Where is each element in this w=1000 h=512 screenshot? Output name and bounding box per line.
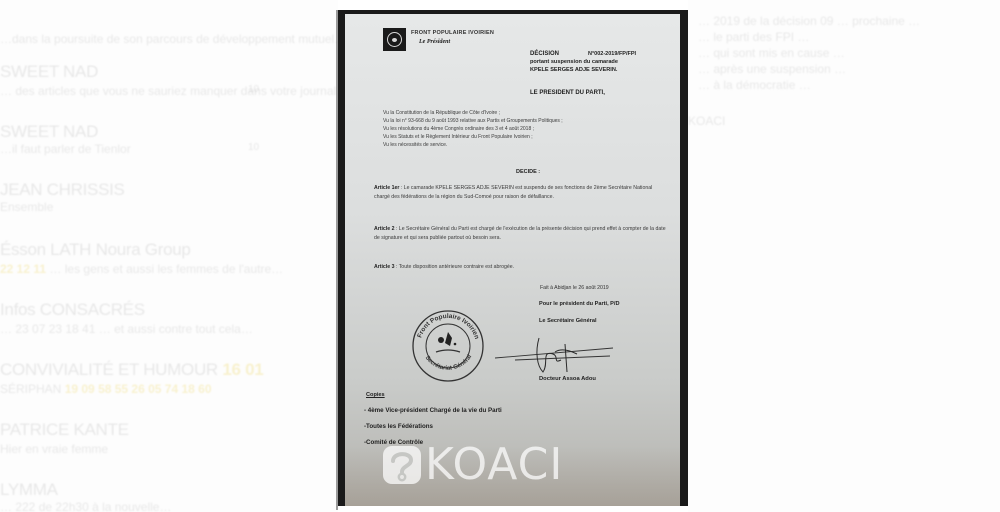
bg-highlight: 19 09 58 55 26 05 74 18 60 [65, 382, 212, 396]
bg-left-subtitle: 22 12 11 … les gens et aussi les femmes … [0, 262, 283, 276]
bg-right-line: … le parti des FPI … [698, 30, 809, 44]
article-label: Article 3 [374, 264, 394, 270]
bg-highlight: 16 01 [222, 360, 263, 379]
secretary-title: Le Secrétaire Général [539, 318, 597, 324]
president-heading: LE PRESIDENT DU PARTI, [530, 90, 605, 96]
decision-number: N°002-2019/FP/FPI [588, 51, 636, 57]
photo-bottom-margin [338, 506, 688, 512]
official-stamp-icon: Front Populaire Ivoirien Secrétariat Gén… [408, 306, 488, 386]
bg-left-title: Infos CONSACRÉS [0, 300, 145, 320]
signature-icon [495, 336, 615, 376]
koaci-logo-icon [383, 446, 421, 484]
document-paper: FRONT POPULAIRE IVOIRIEN Le Président DÉ… [345, 14, 680, 506]
background-left-panel: …dans la poursuite de son parcours de dé… [0, 0, 338, 512]
bg-left-subtitle: … des articles que vous ne sauriez manqu… [0, 84, 338, 98]
decision-subject: portant suspension du camarade [530, 59, 618, 65]
signatory-name: Docteur Assoa Adou [539, 376, 596, 382]
background-right-panel: … 2019 de la décision 09 … prochaine … …… [688, 0, 1000, 512]
bg-text: SÉRIPHAN [0, 382, 61, 396]
koaci-brand-text: KOACI [425, 445, 563, 485]
article-label: Article 2 [374, 226, 394, 232]
article-2: Article 2 : Le Secrétaire Général du Par… [374, 225, 669, 243]
svg-text:Secrétariat Général: Secrétariat Général [424, 354, 474, 372]
bg-left-title: PATRICE KANTE [0, 420, 129, 440]
bg-right-line: … après une suspension … [698, 62, 846, 76]
koaci-watermark: KOACI [383, 445, 563, 485]
bg-left-subtitle: …il faut parler de Tienlor [0, 142, 131, 156]
article-3: Article 3 : Toute disposition antérieure… [374, 263, 669, 272]
org-subtitle: Le Président [419, 39, 450, 45]
for-president: Pour le président du Parti, P/D [539, 301, 620, 307]
bg-left-title: CONVIVIALITÉ ET HUMOUR 16 01 [0, 360, 263, 380]
bg-right-line: … 2019 de la décision 09 … prochaine … [698, 14, 920, 28]
bg-left-title: LYMMA [0, 480, 58, 500]
article-1: Article 1er : Le camarade KPELE SERGES A… [374, 184, 669, 202]
copy-recipient: - 4ème Vice-président Chargé de la vie d… [364, 407, 502, 414]
fpi-logo-icon [383, 28, 406, 51]
stamp-bottom-text: Secrétariat Général [424, 354, 474, 372]
copy-recipient: -Toutes les Fédérations [364, 423, 433, 430]
bg-left-meta: 10 [248, 142, 259, 153]
document-photo: FRONT POPULAIRE IVOIRIEN Le Président DÉ… [338, 10, 688, 506]
bg-left-subtitle: … 222 de 22h30 à la nouvelle… [0, 500, 171, 512]
decision-title: DÉCISION [530, 51, 559, 57]
bg-left-title: SWEET NAD [0, 62, 98, 82]
copies-heading: Copies [366, 392, 385, 398]
bg-text: CONVIVIALITÉ ET HUMOUR [0, 360, 218, 379]
vu-line: Vu les Statuts et le Règlement Intérieur… [383, 134, 533, 140]
bg-left-subtitle: SÉRIPHAN 19 09 58 55 26 05 74 18 60 [0, 382, 212, 396]
vu-line: Vu les nécessités de service. [383, 142, 447, 148]
bg-left-subtitle: Hier en vraie femme [0, 442, 108, 456]
bg-right-line: … à la démocratie … [698, 78, 811, 92]
bg-right-label: KOACI [688, 114, 725, 128]
bg-left-line: …dans la poursuite de son parcours de dé… [0, 32, 338, 46]
bg-left-title: JEAN CHRISSIS [0, 180, 125, 200]
bg-left-title: SWEET NAD [0, 122, 98, 142]
bg-right-line: … qui sont mis en cause … [698, 46, 845, 60]
decision-subject: KPELE SERGES ADJE SEVERIN. [530, 67, 617, 73]
bg-highlight: 22 12 11 [0, 262, 46, 276]
vu-line: Vu la Constitution de la République de C… [383, 110, 500, 116]
article-text: : Toute disposition antérieure contraire… [394, 264, 514, 270]
place-date: Fait à Abidjan le 26 août 2019 [540, 285, 609, 291]
article-text: : Le camarade KPELE SERGES ADJE SEVERIN … [374, 185, 652, 200]
bg-left-title: Ésson LATH Noura Group [0, 240, 191, 260]
bg-left-meta: 10 [248, 84, 259, 95]
vu-line: Vu les résolutions du 4ème Congrès ordin… [383, 126, 534, 132]
article-text: : Le Secrétaire Général du Parti est cha… [374, 226, 666, 241]
bg-left-subtitle: … 23 07 23 18 41 … et aussi contre tout … [0, 322, 253, 336]
bg-text: … les gens et aussi les femmes de l'autr… [49, 262, 283, 276]
decide-heading: DECIDE : [516, 169, 540, 175]
bg-left-subtitle: Ensemble [0, 200, 53, 214]
vu-line: Vu la loi n° 93-668 du 9 août 1993 relat… [383, 118, 563, 124]
article-label: Article 1er [374, 185, 399, 191]
org-name: FRONT POPULAIRE IVOIRIEN [411, 30, 494, 36]
